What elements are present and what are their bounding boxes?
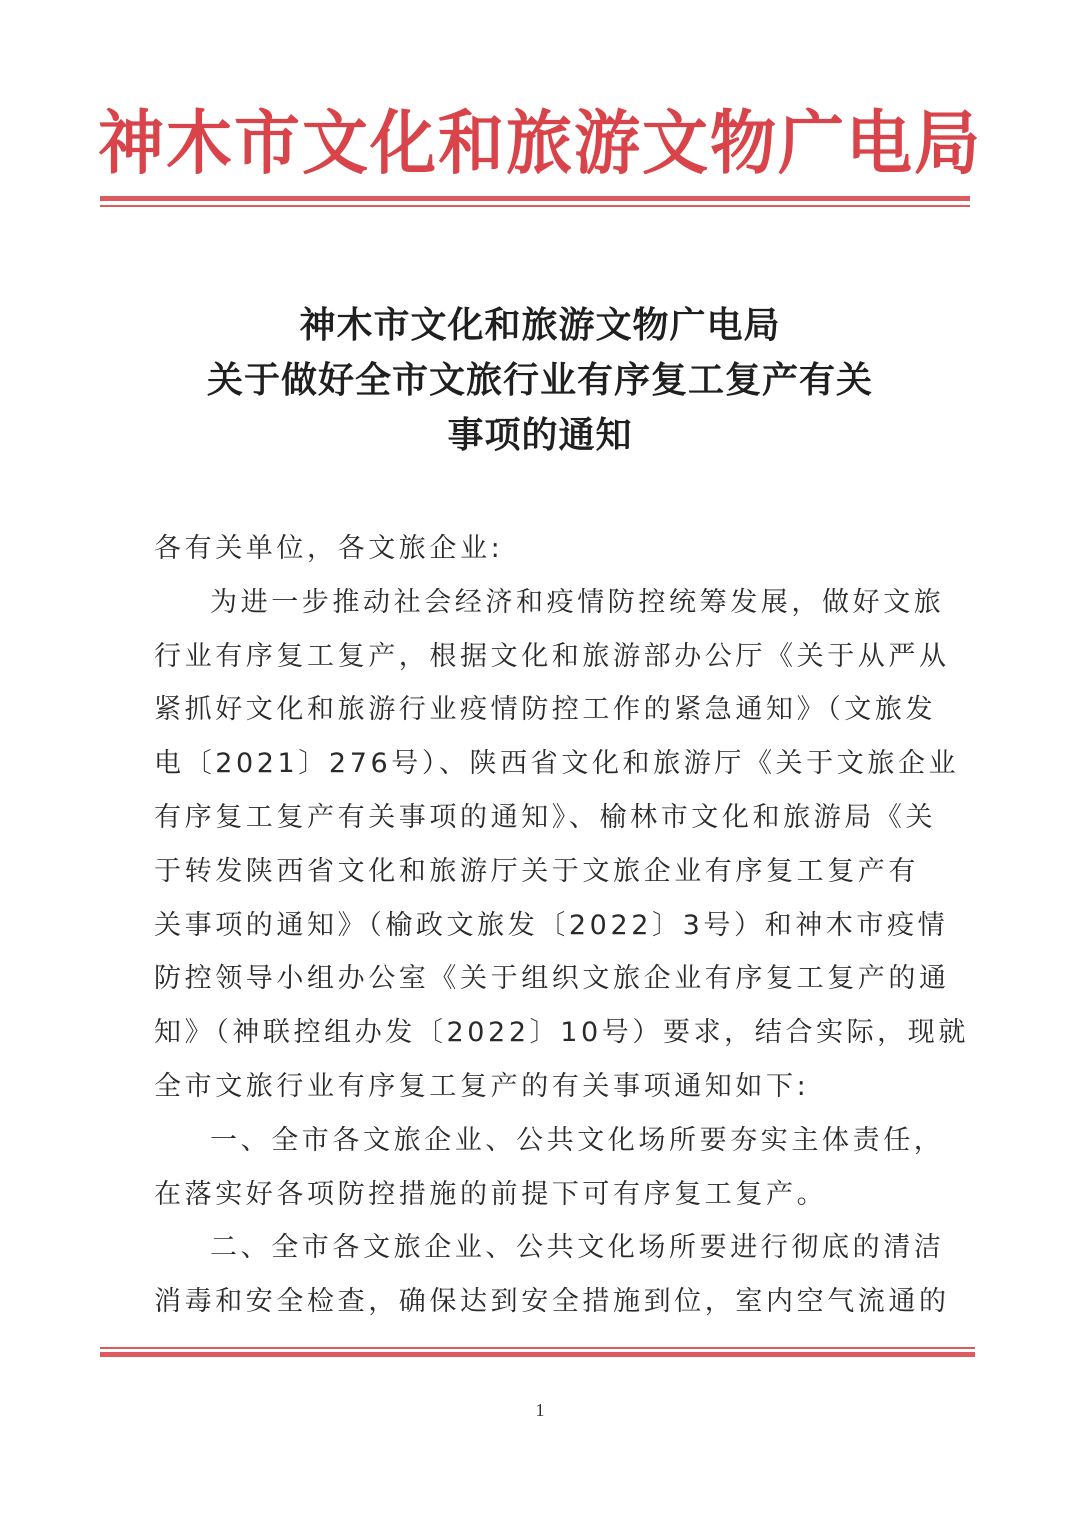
salutation: 各有关单位，各文旅企业:	[154, 522, 914, 576]
paragraph-line: 电〔2021〕276号）、陕西省文化和旅游厅《关于文旅企业	[154, 737, 914, 791]
title-line-3: 事项的通知	[0, 408, 1080, 463]
letterhead-org-name: 神木市文化和旅游文物广电局	[0, 98, 1080, 188]
title-line-1: 神木市文化和旅游文物广电局	[0, 298, 1080, 353]
item-two-line: 二、全市各文旅企业、公共文化场所要进行彻底的清洁	[154, 1221, 914, 1275]
paragraph-line: 于转发陕西省文化和旅游厅关于文旅企业有序复工复产有	[154, 845, 914, 899]
header-rule-thick	[100, 196, 970, 201]
paragraph-line: 关事项的通知》（榆政文旅发〔2022〕3号）和神木市疫情	[154, 899, 914, 953]
footer-rule-thick	[100, 1352, 975, 1357]
paragraph-line: 防控领导小组办公室《关于组织文旅企业有序复工复产的通	[154, 952, 914, 1006]
paragraph-line: 为进一步推动社会经济和疫情防控统筹发展，做好文旅	[154, 576, 914, 630]
header-rule-thin	[100, 205, 970, 207]
item-one-line: 在落实好各项防控措施的前提下可有序复工复产。	[154, 1168, 914, 1222]
document-title: 神木市文化和旅游文物广电局 关于做好全市文旅行业有序复工复产有关 事项的通知	[0, 298, 1080, 463]
item-one-line: 一、全市各文旅企业、公共文化场所要夯实主体责任，	[154, 1114, 914, 1168]
title-line-2: 关于做好全市文旅行业有序复工复产有关	[0, 353, 1080, 408]
paragraph-line: 行业有序复工复产，根据文化和旅游部办公厅《关于从严从	[154, 630, 914, 684]
paragraph-line: 知》（神联控组办发〔2022〕10号）要求，结合实际，现就	[154, 1006, 914, 1060]
item-two-line: 消毒和安全检查，确保达到安全措施到位，室内空气流通的	[154, 1275, 914, 1329]
paragraph-line: 紧抓好文化和旅游行业疫情防控工作的紧急通知》（文旅发	[154, 683, 914, 737]
paragraph-line: 全市文旅行业有序复工复产的有关事项通知如下:	[154, 1060, 914, 1114]
paragraph-line: 有序复工复产有关事项的通知》、榆林市文化和旅游局《关	[154, 791, 914, 845]
footer-rule-thin	[100, 1347, 975, 1349]
document-body: 各有关单位，各文旅企业: 为进一步推动社会经济和疫情防控统筹发展，做好文旅 行业…	[154, 522, 914, 1329]
page-number: 1	[0, 1400, 1080, 1421]
